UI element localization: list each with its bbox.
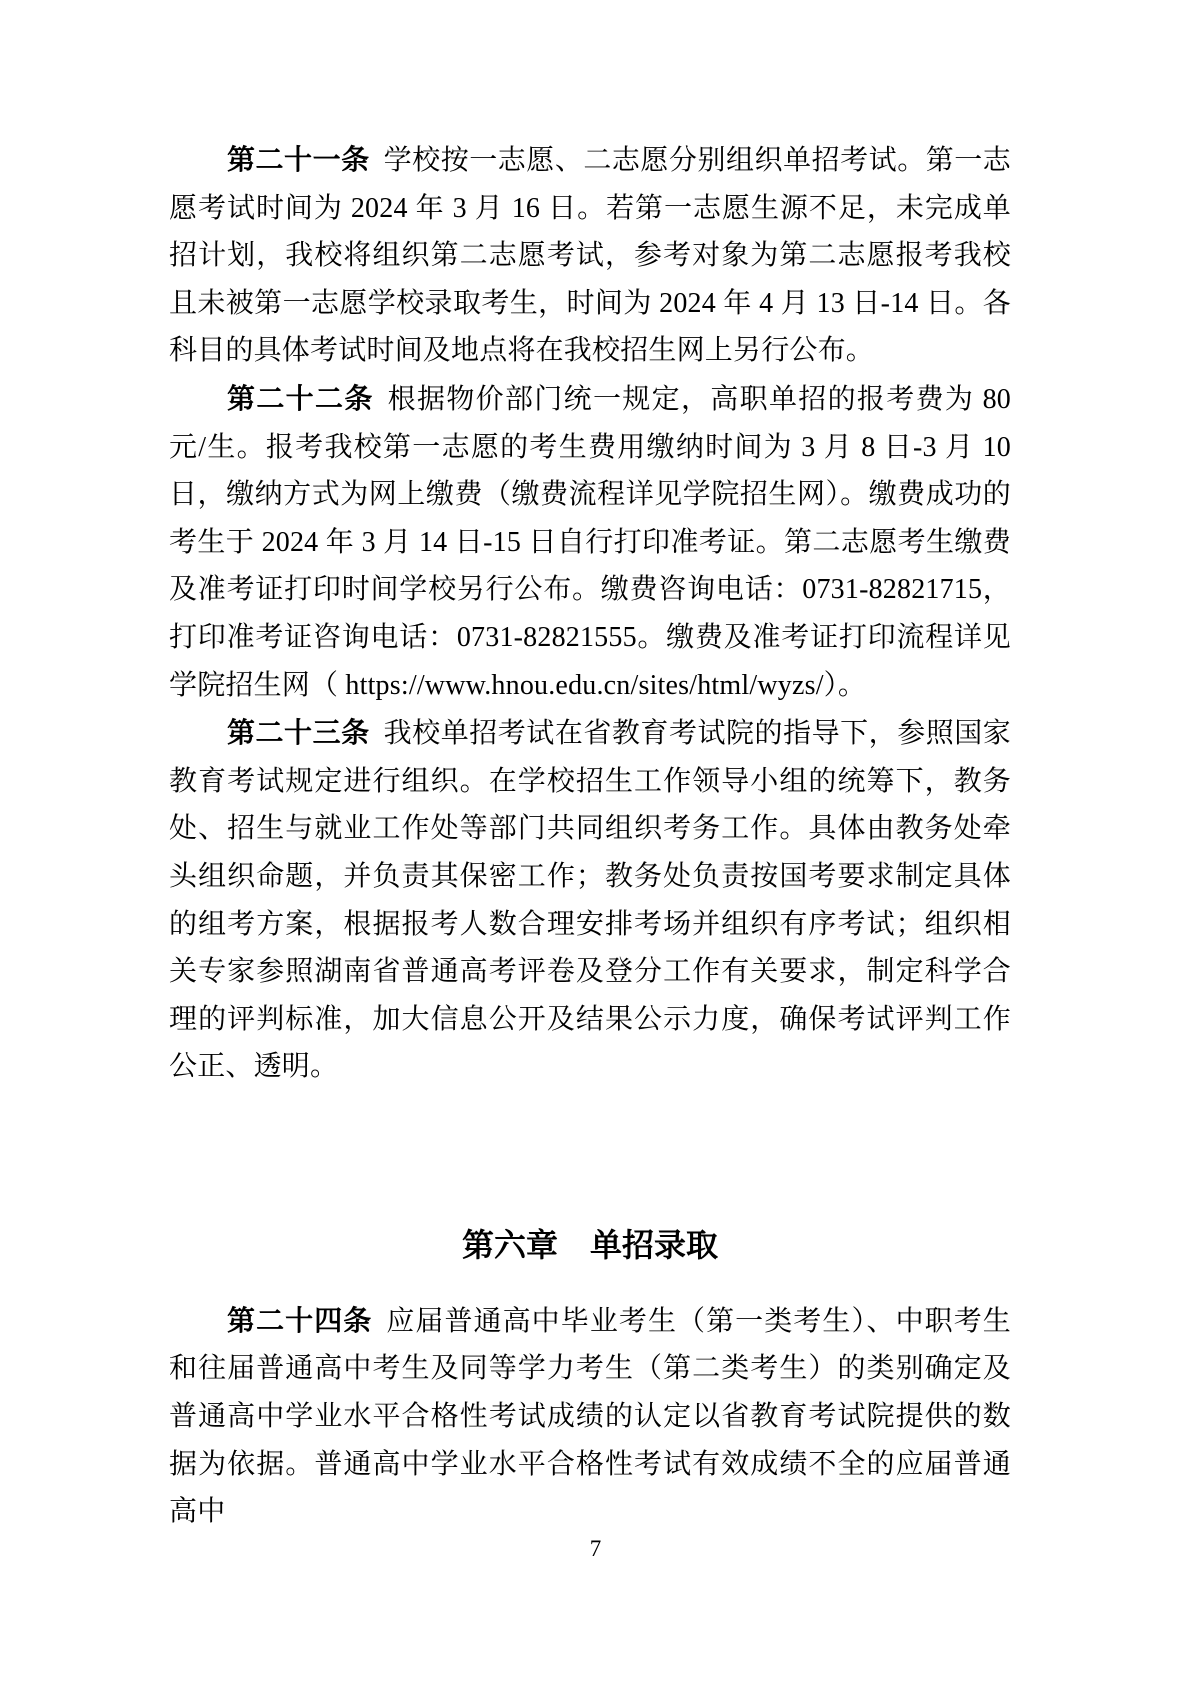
article-23-text: 我校单招考试在省教育考试院的指导下，参照国家教育考试规定进行组织。在学校招生工作… <box>169 718 1011 1082</box>
page-number: 7 <box>0 1534 1191 1564</box>
paragraph-article-21: 第二十一条学校按一志愿、二志愿分别组织单招考试。第一志愿考试时间为 2024 年… <box>169 136 1011 375</box>
article-24-text: 应届普通高中毕业考生（第一类考生）、中职考生和往届普通高中考生及同等学力考生（第… <box>169 1306 1011 1527</box>
page-content: 第二十一条学校按一志愿、二志愿分别组织单招考试。第一志愿考试时间为 2024 年… <box>169 136 1011 1536</box>
article-21-text: 学校按一志愿、二志愿分别组织单招考试。第一志愿考试时间为 2024 年 3 月 … <box>169 145 1011 366</box>
article-21-number: 第二十一条 <box>227 144 370 175</box>
article-22-number: 第二十二条 <box>227 383 374 414</box>
article-23-number: 第二十三条 <box>227 717 370 748</box>
article-22-text: 根据物价部门统一规定，高职单招的报考费为 80 元/生。报考我校第一志愿的考生费… <box>169 384 1011 701</box>
document-page: 第二十一条学校按一志愿、二志愿分别组织单招考试。第一志愿考试时间为 2024 年… <box>0 0 1191 1684</box>
chapter-heading: 第六章 单招录取 <box>169 1221 1011 1269</box>
paragraph-article-23: 第二十三条我校单招考试在省教育考试院的指导下，参照国家教育考试规定进行组织。在学… <box>169 709 1011 1091</box>
paragraph-article-22: 第二十二条根据物价部门统一规定，高职单招的报考费为 80 元/生。报考我校第一志… <box>169 375 1011 709</box>
article-24-number: 第二十四条 <box>227 1305 372 1336</box>
paragraph-article-24: 第二十四条应届普通高中毕业考生（第一类考生）、中职考生和往届普通高中考生及同等学… <box>169 1297 1011 1536</box>
